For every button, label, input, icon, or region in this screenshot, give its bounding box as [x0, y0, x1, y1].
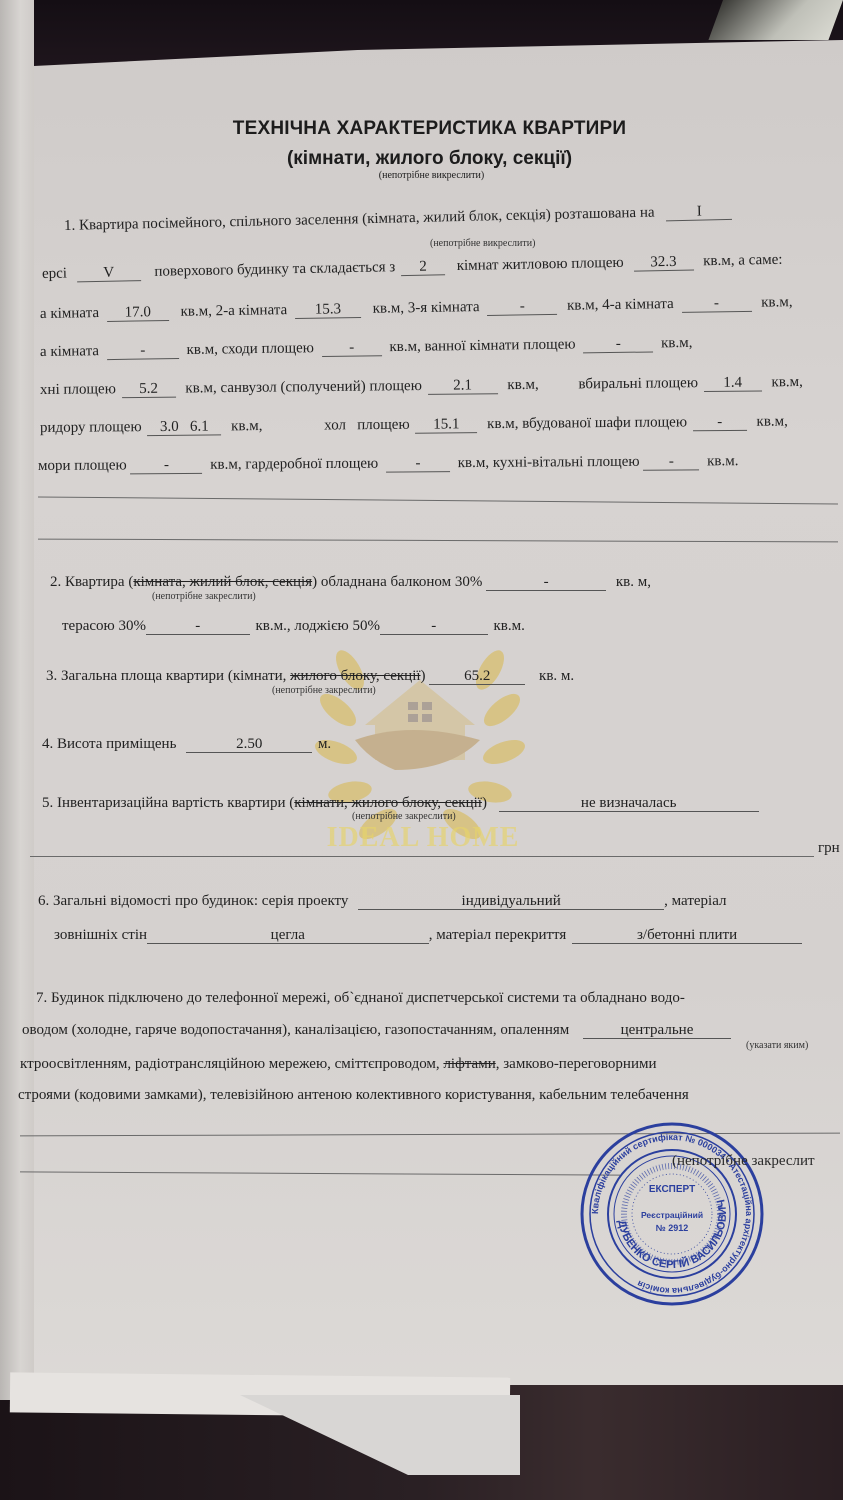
struck-text: кімнати, жилого блоку, секції: [294, 795, 482, 811]
section1-note: (непотрібне викреслити): [430, 238, 535, 249]
label: кв.м, ванної кімнати площею: [389, 337, 575, 356]
field-ceiling-height: 2.50: [186, 736, 312, 753]
label: зовнішніх стін: [54, 927, 147, 943]
field-living-area: 32.3: [633, 253, 693, 271]
field-room2-area: 15.3: [295, 301, 361, 319]
field-toilet-area: 1.4: [704, 374, 762, 392]
document: ТЕХНІЧНА ХАРАКТЕРИСТИКА КВАРТИРИ (кімнат…: [0, 0, 843, 1500]
label: ридору площею: [40, 419, 142, 436]
section6-line2: зовнішніх стін цегла, матеріал перекритт…: [54, 927, 802, 944]
document-subtitle: (кімнати, жилого блоку, секції): [0, 148, 843, 170]
field-wardrobe-area: -: [386, 455, 450, 472]
label: , матеріал перекриття: [429, 927, 567, 943]
section7-trailing-note: (непотрібне закреслит: [672, 1153, 815, 1170]
label: кв.м.: [493, 618, 524, 634]
field-room4-area: -: [681, 295, 751, 313]
label: мори площею: [38, 457, 127, 474]
label: кв.м, 3-я кімната: [373, 299, 480, 317]
label: кв.м, кухні-вітальні площею: [458, 454, 640, 471]
field-room-count: 2: [401, 258, 445, 276]
label: поверхового будинку та складається з: [154, 259, 395, 280]
label: кв.м, гардеробної площею: [210, 456, 378, 473]
section5-note: (непотрібне закреслити): [352, 811, 456, 822]
label: терасою 30%: [62, 618, 146, 634]
document-subtitle-text: (кімнати, жилого блоку, секції): [287, 148, 572, 169]
label: ): [421, 668, 426, 684]
section2-line2: терасою 30% - кв.м., лоджією 50% - кв.м.: [62, 618, 525, 635]
field-building-floors: V: [77, 264, 141, 282]
label: кв.м, вбудованої шафи площею: [487, 414, 687, 432]
section7-line4: строями (кодовими замками), телевізійною…: [18, 1087, 689, 1104]
field-corridor-area: 3.0 6.1: [147, 418, 221, 436]
label: м.: [318, 736, 331, 752]
field-heating-type: центральне: [583, 1022, 731, 1039]
label: 5. Інвентаризаційна вартість квартири (: [42, 795, 294, 811]
field-room1-area: 17.0: [107, 304, 169, 322]
label: кв.м,: [507, 377, 539, 393]
section2-note: (непотрібне закреслити): [152, 591, 256, 602]
section5-line: 5. Інвентаризаційна вартість квартири (к…: [42, 795, 759, 812]
label: а кімната: [40, 305, 99, 322]
document-title: ТЕХНІЧНА ХАРАКТЕРИСТИКА КВАРТИРИ: [0, 118, 843, 140]
blank-rule: [30, 856, 814, 857]
label: кв.м, 2-а кімната: [180, 302, 287, 320]
field-floor-slab-material: з/бетонні плити: [572, 927, 802, 944]
label: ): [482, 795, 487, 811]
stamp-registration-number: № 2912: [656, 1223, 689, 1233]
label: кв.м, сходи площею: [186, 340, 314, 358]
section3-line: 3. Загальна площа квартири (кімнати, жил…: [46, 668, 574, 685]
section3-note: (непотрібне закреслити): [272, 685, 376, 696]
stamp-role: ЕКСПЕРТ: [649, 1184, 695, 1195]
field-terrace-area: -: [146, 618, 250, 635]
blank-rule: [20, 1171, 620, 1175]
section1-line5: хні площею 5.2 кв.м, санвузол (сполучени…: [40, 374, 803, 399]
expert-stamp-icon: Кваліфікаційний сертифікат № 000034 • Ат…: [578, 1120, 766, 1308]
section4-line: 4. Висота приміщень 2.50 м.: [42, 736, 331, 753]
label: кв.м,: [661, 335, 693, 351]
label: ) обладнана балконом 30%: [312, 574, 482, 590]
label: хні площею: [40, 381, 116, 398]
label: ерсі: [42, 266, 67, 282]
watermark-text: IDEAL HOME: [318, 822, 528, 854]
field-inventory-value: не визначалась: [499, 795, 759, 812]
section1-line7: мори площею - кв.м, гардеробної площею -…: [38, 453, 739, 475]
label: оводом (холодне, гаряче водопостачання),…: [22, 1022, 569, 1038]
field-project-series: індивідуальний: [358, 893, 664, 910]
label: 6. Загальні відомості про будинок: серія…: [38, 893, 348, 909]
label: , матеріал: [664, 893, 726, 909]
label: 4. Висота приміщень: [42, 736, 176, 752]
label: , замково-переговорними: [496, 1056, 657, 1072]
label: кв.м,: [756, 413, 788, 429]
field-bathroom-area: -: [583, 335, 653, 353]
section1-line6: ридору площею 3.0 6.1 кв.м, хол площею 1…: [40, 413, 788, 437]
section2-line1: 2. Квартира (кімната, жилий блок, секція…: [50, 574, 651, 591]
label: 3. Загальна площа квартири (кімнати,: [46, 668, 290, 684]
label: кв.м, 4-а кімната: [567, 296, 674, 314]
section1-line2: ерсі V поверхового будинку та складаєтьс…: [42, 252, 783, 283]
field-room5-area: -: [107, 342, 179, 360]
blank-rule: [38, 539, 838, 543]
field-closet-area: -: [693, 414, 747, 431]
document-subtitle-note: (непотрібне викреслити): [0, 170, 843, 181]
struck-text: жилого блоку, секції: [290, 668, 420, 684]
field-room3-area: -: [487, 298, 557, 316]
label: а кімната: [40, 343, 99, 360]
field-kitchen-area: 5.2: [122, 381, 176, 399]
label: кв.м,: [761, 294, 793, 310]
stamp-registration-label: Реєстраційний: [641, 1210, 703, 1220]
field-wall-material: цегла: [147, 927, 429, 944]
blank-rule: [38, 497, 838, 505]
label: кімнат житловою площею: [457, 255, 624, 274]
field-hall-area: 15.1: [415, 416, 477, 434]
section7-line3: ктроосвітленням, радіотрансляційною мере…: [20, 1056, 657, 1073]
section7-line2: оводом (холодне, гаряче водопостачання),…: [22, 1022, 731, 1039]
label: кв.м,: [771, 374, 803, 390]
label: кв.м.: [707, 453, 738, 469]
field-kitchen-living-area: -: [643, 453, 699, 470]
label: ктроосвітленням, радіотрансляційною мере…: [20, 1056, 443, 1072]
field-stairs-area: -: [322, 339, 382, 357]
section1-line3: а кімната 17.0 кв.м, 2-а кімната 15.3 кв…: [40, 294, 793, 323]
label: хол площею: [324, 417, 410, 434]
section1-line1: 1. Квартира посімейного, спільного засел…: [64, 203, 733, 235]
label: кв.м, а саме:: [703, 252, 783, 270]
struck-text: кімната, жилий блок, секція: [133, 574, 312, 590]
section1-intro: 1. Квартира посімейного, спільного засел…: [64, 205, 655, 234]
section1-line4: а кімната - кв.м, сходи площею - кв.м, в…: [40, 335, 693, 361]
field-floor: I: [666, 203, 732, 221]
currency-label: грн: [818, 840, 840, 857]
label: кв. м,: [616, 574, 651, 590]
section6-line1: 6. Загальні відомості про будинок: серія…: [38, 893, 726, 910]
label: кв. м.: [539, 668, 574, 684]
field-loggia-area: -: [380, 618, 488, 635]
section7-line1: 7. Будинок підключено до телефонної мере…: [36, 990, 685, 1007]
field-storage-area: -: [130, 457, 202, 475]
field-balcony-area: -: [486, 574, 606, 591]
label: 2. Квартира (: [50, 574, 133, 590]
section7-note: (указати яким): [746, 1040, 808, 1051]
label: кв.м, санвузол (сполучений) площею: [185, 378, 422, 396]
struck-text: ліфтами: [443, 1056, 495, 1072]
label: кв.м., лоджією 50%: [255, 618, 379, 634]
label: кв.м,: [231, 418, 263, 434]
field-combined-wc-area: 2.1: [428, 377, 498, 395]
field-total-area: 65.2: [429, 668, 525, 685]
label: вбиральні площею: [578, 375, 698, 392]
